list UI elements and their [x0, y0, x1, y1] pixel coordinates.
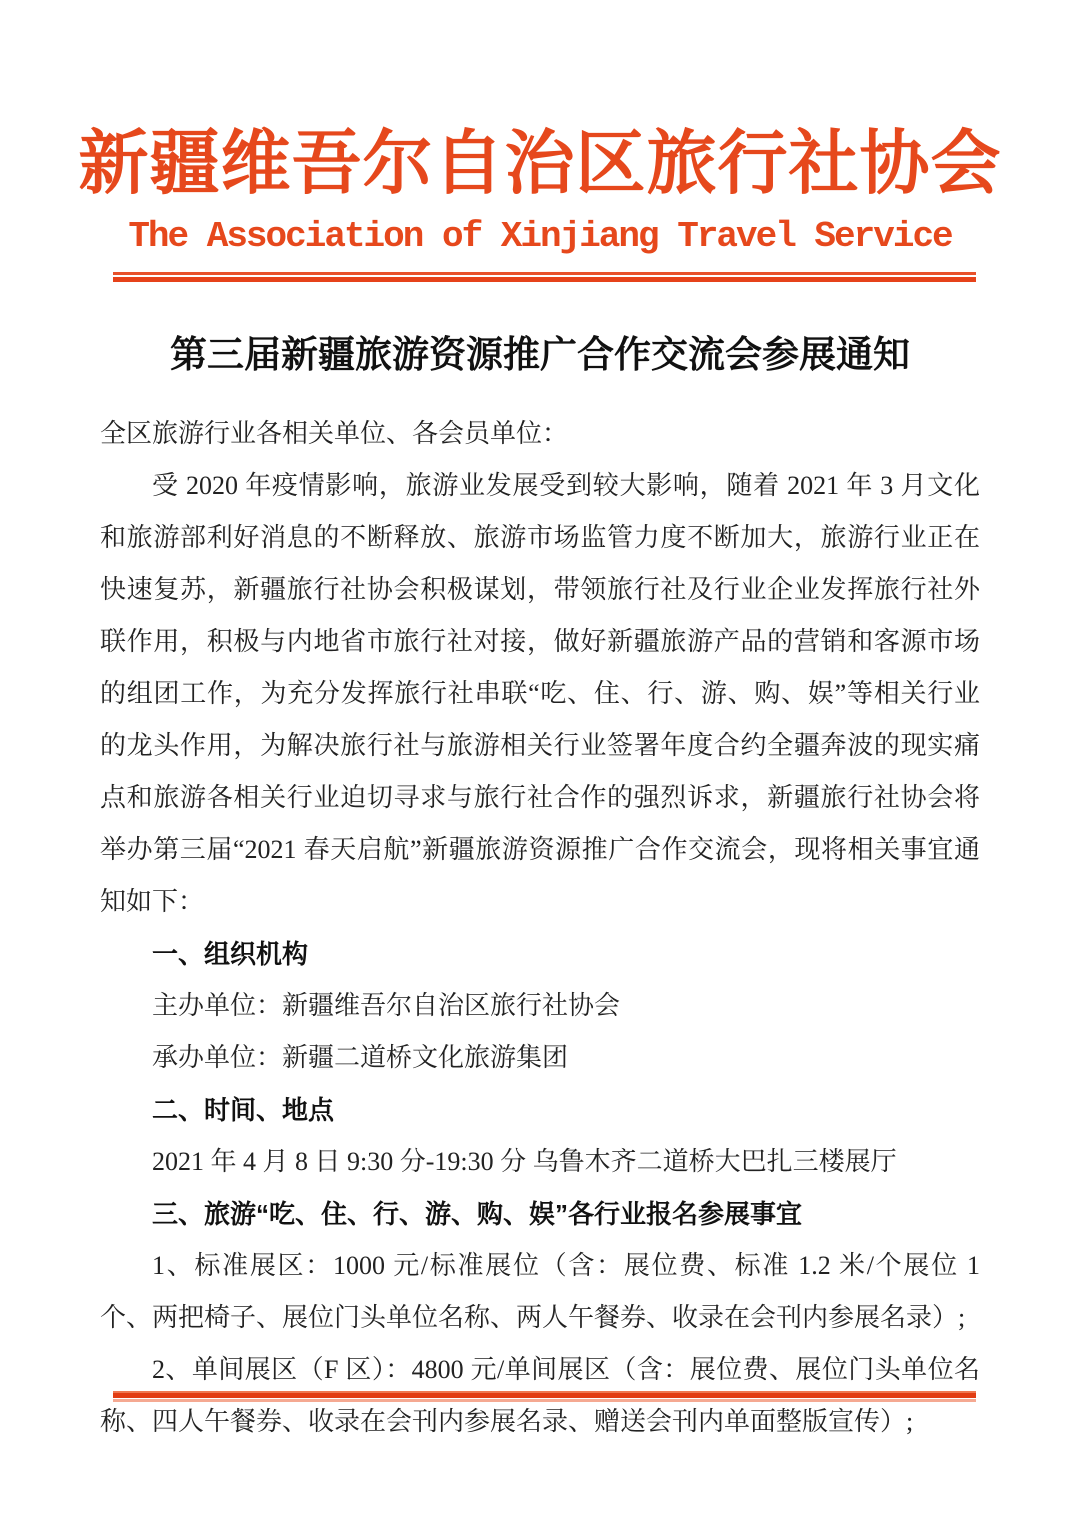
organizer-line: 主办单位：新疆维吾尔自治区旅行社协会	[100, 980, 980, 1032]
org-name-cn: 新疆维吾尔自治区旅行社协会	[0, 130, 1080, 200]
salutation: 全区旅游行业各相关单位、各会员单位：	[100, 408, 980, 460]
document-page: 新疆维吾尔自治区旅行社协会 The Association of Xinjian…	[0, 0, 1080, 1527]
document-body: 全区旅游行业各相关单位、各会员单位： 受 2020 年疫情影响，旅游业发展受到较…	[100, 408, 980, 1448]
org-name-en: The Association of Xinjiang Travel Servi…	[0, 216, 1080, 258]
section-3-heading: 三、旅游“吃、住、行、游、购、娱”各行业报名参展事宜	[100, 1188, 980, 1240]
letterhead-divider	[113, 272, 976, 282]
schedule-line: 2021 年 4 月 8 日 9:30 分-19:30 分 乌鲁木齐二道桥大巴扎…	[100, 1136, 980, 1188]
footer-divider	[113, 1391, 976, 1402]
letterhead: 新疆维吾尔自治区旅行社协会 The Association of Xinjian…	[0, 0, 1080, 282]
notice-title: 第三届新疆旅游资源推广合作交流会参展通知	[0, 334, 1080, 378]
pricing-item-1: 1、标准展区：1000 元/标准展位（含：展位费、标准 1.2 米/个展位 1 …	[100, 1240, 980, 1344]
section-1-heading: 一、组织机构	[100, 928, 980, 980]
undertaker-line: 承办单位：新疆二道桥文化旅游集团	[100, 1032, 980, 1084]
section-2-heading: 二、时间、地点	[100, 1084, 980, 1136]
intro-paragraph: 受 2020 年疫情影响，旅游业发展受到较大影响，随着 2021 年 3 月文化…	[100, 460, 980, 928]
